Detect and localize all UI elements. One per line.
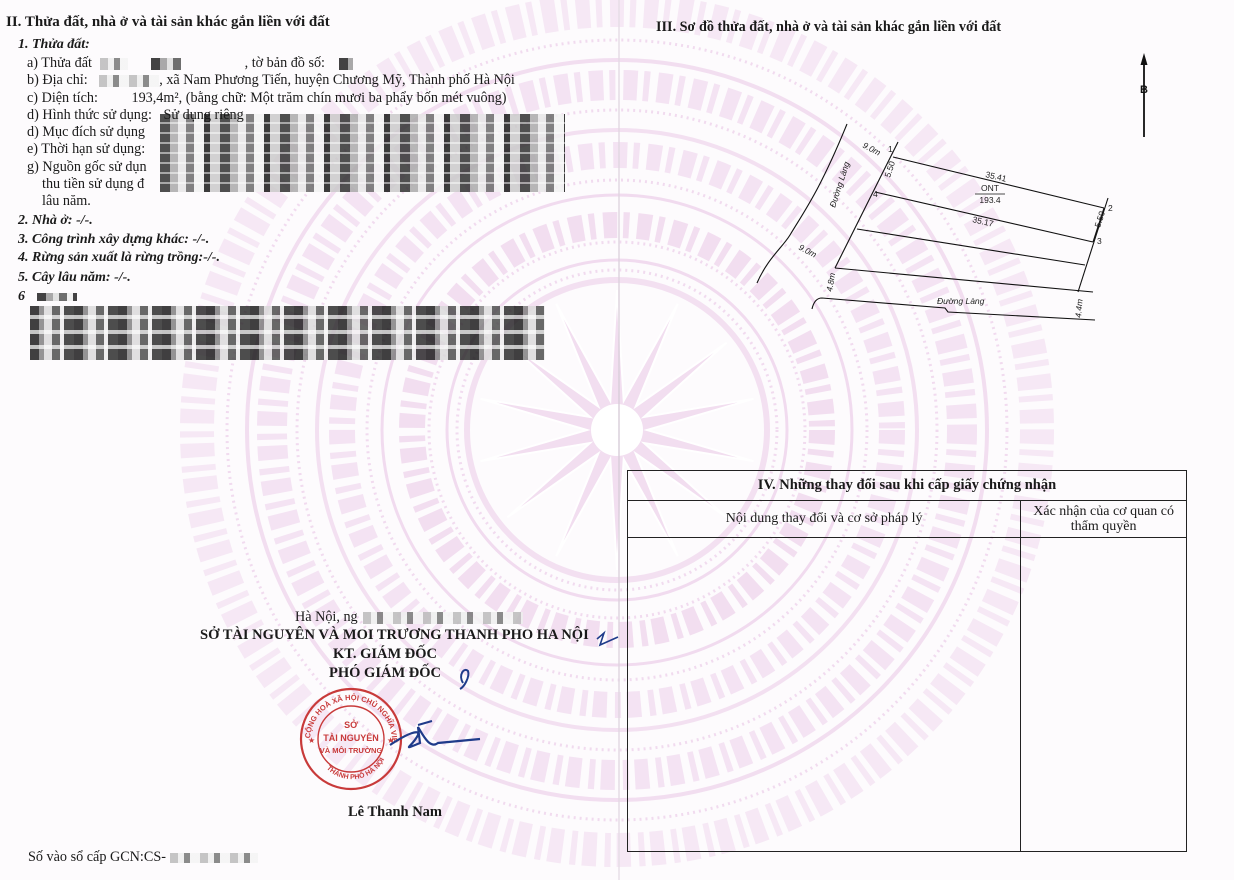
svg-text:5.50: 5.50 xyxy=(1092,210,1107,229)
registry-number: Số vào sổ cấp GCN:CS- xyxy=(28,849,258,866)
origin-row: g) Nguồn gốc sử dụn xyxy=(27,159,515,176)
svg-text:4.4m: 4.4m xyxy=(1073,298,1085,318)
svg-text:2: 2 xyxy=(1108,203,1113,213)
land-details: a) Thửa đất , tờ bản đồ số: b) Địa chỉ: … xyxy=(27,55,515,211)
change-content-cell[interactable] xyxy=(628,538,1021,852)
redacted-parcel-2 xyxy=(151,58,181,70)
redacted-item6-title xyxy=(37,293,77,301)
address-row: b) Địa chỉ: , xã Nam Phương Tiến, huyện … xyxy=(27,72,515,89)
column-header-content: Nội dung thay đổi và cơ sở pháp lý xyxy=(628,501,1021,538)
svg-text:ONT: ONT xyxy=(981,183,999,193)
item-6: 6 xyxy=(18,287,220,306)
redacted-date xyxy=(363,612,523,624)
perennial-tree-item: 5. Cây lâu năm: -/-. xyxy=(18,268,220,288)
usage-form-row: d) Hình thức sử dụng: Sử dụng riêng xyxy=(27,107,515,124)
term-row: e) Thời hạn sử dụng: xyxy=(27,141,515,158)
svg-text:5.50: 5.50 xyxy=(882,160,897,179)
area-row: c) Diện tích: 193,4m², (bằng chữ: Một tr… xyxy=(27,90,515,107)
changes-table-title: IV. Những thay đổi sau khi cấp giấy chứn… xyxy=(628,471,1187,501)
redacted-address xyxy=(99,75,159,87)
origin-row-2: thu tiền sử dụng đ xyxy=(27,176,515,193)
purpose-row: d) Mục đích sử dụng xyxy=(27,124,515,141)
land-parcel-section: 1. Thửa đất: xyxy=(18,37,90,53)
handwritten-signature xyxy=(360,625,620,765)
changes-table-container: IV. Những thay đổi sau khi cấp giấy chứn… xyxy=(627,470,1187,852)
other-construction-item: 3. Công trình xây dựng khác: -/-. xyxy=(18,231,220,250)
left-page: II. Thửa đất, nhà ở và tài sản khác gắn … xyxy=(6,14,330,31)
redacted-parcel xyxy=(100,58,128,70)
svg-text:4: 4 xyxy=(873,189,878,199)
redacted-map-sheet xyxy=(339,58,353,70)
section-ii-title: II. Thửa đất, nhà ở và tài sản khác gắn … xyxy=(6,14,330,31)
origin-row-3: lâu năm. xyxy=(27,193,515,210)
svg-text:Đường Làng: Đường Làng xyxy=(937,296,985,306)
land-plot-diagram: B 1 2 3 4 35.41 35.17 5.50 5.50 ONT 193.… xyxy=(740,40,1180,340)
forest-item: 4. Rừng sản xuất là rừng trồng:-/-. xyxy=(18,249,220,268)
svg-text:B: B xyxy=(1140,84,1148,96)
signer-name: Lê Thanh Nam xyxy=(348,804,442,821)
place-date: Hà Nội, ng xyxy=(180,608,620,626)
other-assets: 2. Nhà ở: -/-. 3. Công trình xây dựng kh… xyxy=(18,212,220,306)
svg-text:SỞ: SỞ xyxy=(344,719,358,730)
section-iii-title: III. Sơ đồ thửa đất, nhà ở và tài sản kh… xyxy=(656,19,1001,36)
svg-text:9.0m: 9.0m xyxy=(797,242,818,260)
change-confirmation-cell[interactable] xyxy=(1021,538,1187,852)
svg-text:Đường Làng: Đường Làng xyxy=(827,160,851,208)
parcel-number-row: a) Thửa đất , tờ bản đồ số: xyxy=(27,55,515,72)
svg-text:35.41: 35.41 xyxy=(985,169,1008,184)
redacted-registry-number xyxy=(170,853,258,863)
svg-text:193.4: 193.4 xyxy=(979,195,1001,205)
column-header-confirmation: Xác nhận của cơ quan có thẩm quyền xyxy=(1021,501,1187,538)
redacted-item6-content xyxy=(30,306,545,360)
house-item: 2. Nhà ở: -/-. xyxy=(18,212,220,231)
svg-text:3: 3 xyxy=(1097,236,1102,246)
svg-text:4.8m: 4.8m xyxy=(824,272,837,292)
svg-text:9.0m: 9.0m xyxy=(861,140,882,158)
north-arrow-icon: B xyxy=(1140,53,1148,137)
svg-text:35.17: 35.17 xyxy=(972,214,995,229)
svg-text:1: 1 xyxy=(888,144,893,154)
svg-text:★: ★ xyxy=(308,736,315,745)
land-heading: 1. Thửa đất: xyxy=(18,37,90,53)
changes-table: IV. Những thay đổi sau khi cấp giấy chứn… xyxy=(627,470,1187,852)
